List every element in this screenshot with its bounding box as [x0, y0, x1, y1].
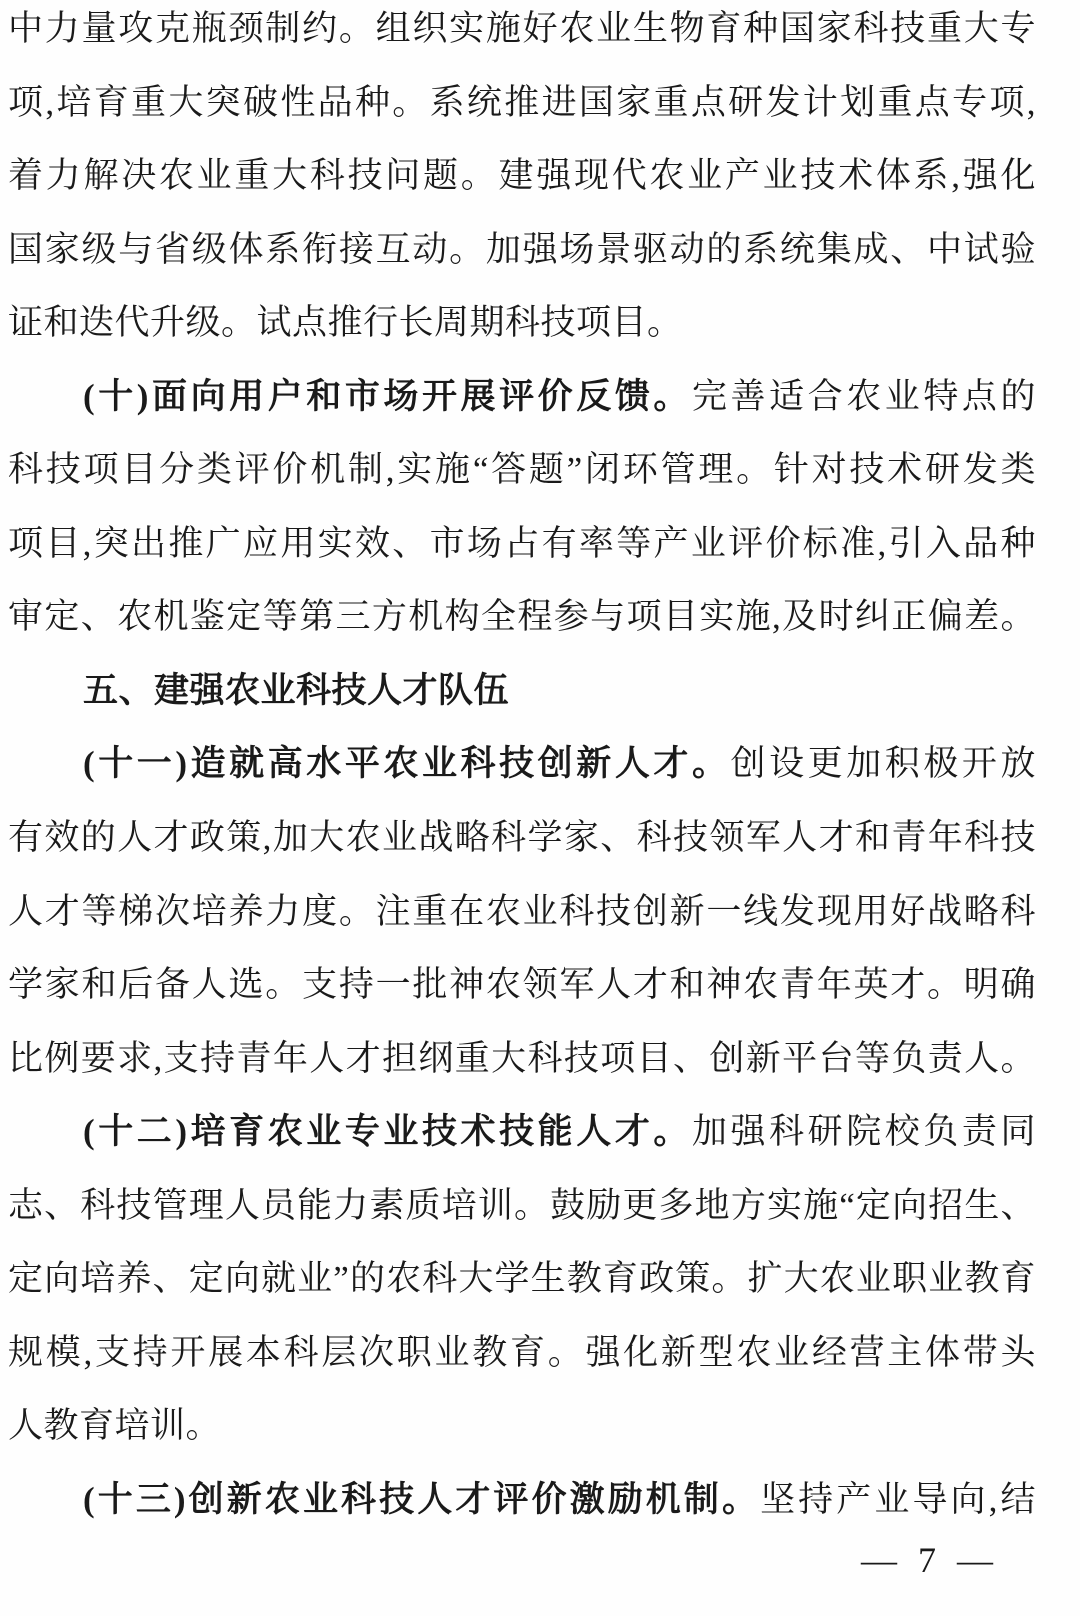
text-line: 人才等梯次培养力度。注重在农业科技创新一线发现用好战略科	[8, 875, 1036, 949]
page-number: — 7 —	[861, 1538, 993, 1582]
paragraph-lead-line: (十三)创新农业科技人才评价激励机制。坚持产业导向,结	[8, 1463, 1036, 1537]
text-line: 国家级与省级体系衔接互动。加强场景驱动的系统集成、中试验	[8, 213, 1036, 287]
clause-11-text: 创设更加积极开放	[731, 744, 1036, 783]
clause-13-text: 坚持产业导向,结	[760, 1480, 1036, 1519]
text-line: 学家和后备人选。支持一批神农领军人才和神农青年英才。明确	[8, 948, 1036, 1022]
text-line: 项,培育重大突破性品种。系统推进国家重点研发计划重点专项,	[8, 66, 1036, 140]
text-line: 项目,突出推广应用实效、市场占有率等产业评价标准,引入品种	[8, 507, 1036, 581]
section-5-heading: 五、建强农业科技人才队伍	[8, 654, 1036, 728]
text-line: 规模,支持开展本科层次职业教育。强化新型农业经营主体带头	[8, 1316, 1036, 1390]
clause-12-text: 加强科研院校负责同	[692, 1112, 1036, 1151]
text-line: 审定、农机鉴定等第三方机构全程参与项目实施,及时纠正偏差。	[8, 580, 1036, 654]
text-line: 比例要求,支持青年人才担纲重大科技项目、创新平台等负责人。	[8, 1022, 1036, 1096]
document-body: 中力量攻克瓶颈制约。组织实施好农业生物育种国家科技重大专 项,培育重大突破性品种…	[8, 0, 1036, 1536]
document-page: 中力量攻克瓶颈制约。组织实施好农业生物育种国家科技重大专 项,培育重大突破性品种…	[0, 0, 1080, 1616]
clause-11-title: (十一)造就高水平农业科技创新人才。	[83, 744, 731, 783]
text-line: 定向培养、定向就业”的农科大学生教育政策。扩大农业职业教育	[8, 1242, 1036, 1316]
text-line: 科技项目分类评价机制,实施“答题”闭环管理。针对技术研发类	[8, 433, 1036, 507]
text-line: 证和迭代升级。试点推行长周期科技项目。	[8, 286, 1036, 360]
text-line: 着力解决农业重大科技问题。建强现代农业产业技术体系,强化	[8, 139, 1036, 213]
paragraph-lead-line: (十一)造就高水平农业科技创新人才。创设更加积极开放	[8, 727, 1036, 801]
paragraph-lead-line: (十)面向用户和市场开展评价反馈。完善适合农业特点的	[8, 360, 1036, 434]
clause-13-title: (十三)创新农业科技人才评价激励机制。	[83, 1480, 760, 1519]
paragraph-lead-line: (十二)培育农业专业技术技能人才。加强科研院校负责同	[8, 1095, 1036, 1169]
clause-12-title: (十二)培育农业专业技术技能人才。	[83, 1112, 692, 1151]
clause-10-text: 完善适合农业特点的	[692, 377, 1036, 416]
text-line: 志、科技管理人员能力素质培训。鼓励更多地方实施“定向招生、	[8, 1169, 1036, 1243]
clause-10-title: (十)面向用户和市场开展评价反馈。	[83, 377, 692, 416]
text-line: 中力量攻克瓶颈制约。组织实施好农业生物育种国家科技重大专	[8, 0, 1036, 66]
text-line: 有效的人才政策,加大农业战略科学家、科技领军人才和青年科技	[8, 801, 1036, 875]
text-line: 人教育培训。	[8, 1389, 1036, 1463]
